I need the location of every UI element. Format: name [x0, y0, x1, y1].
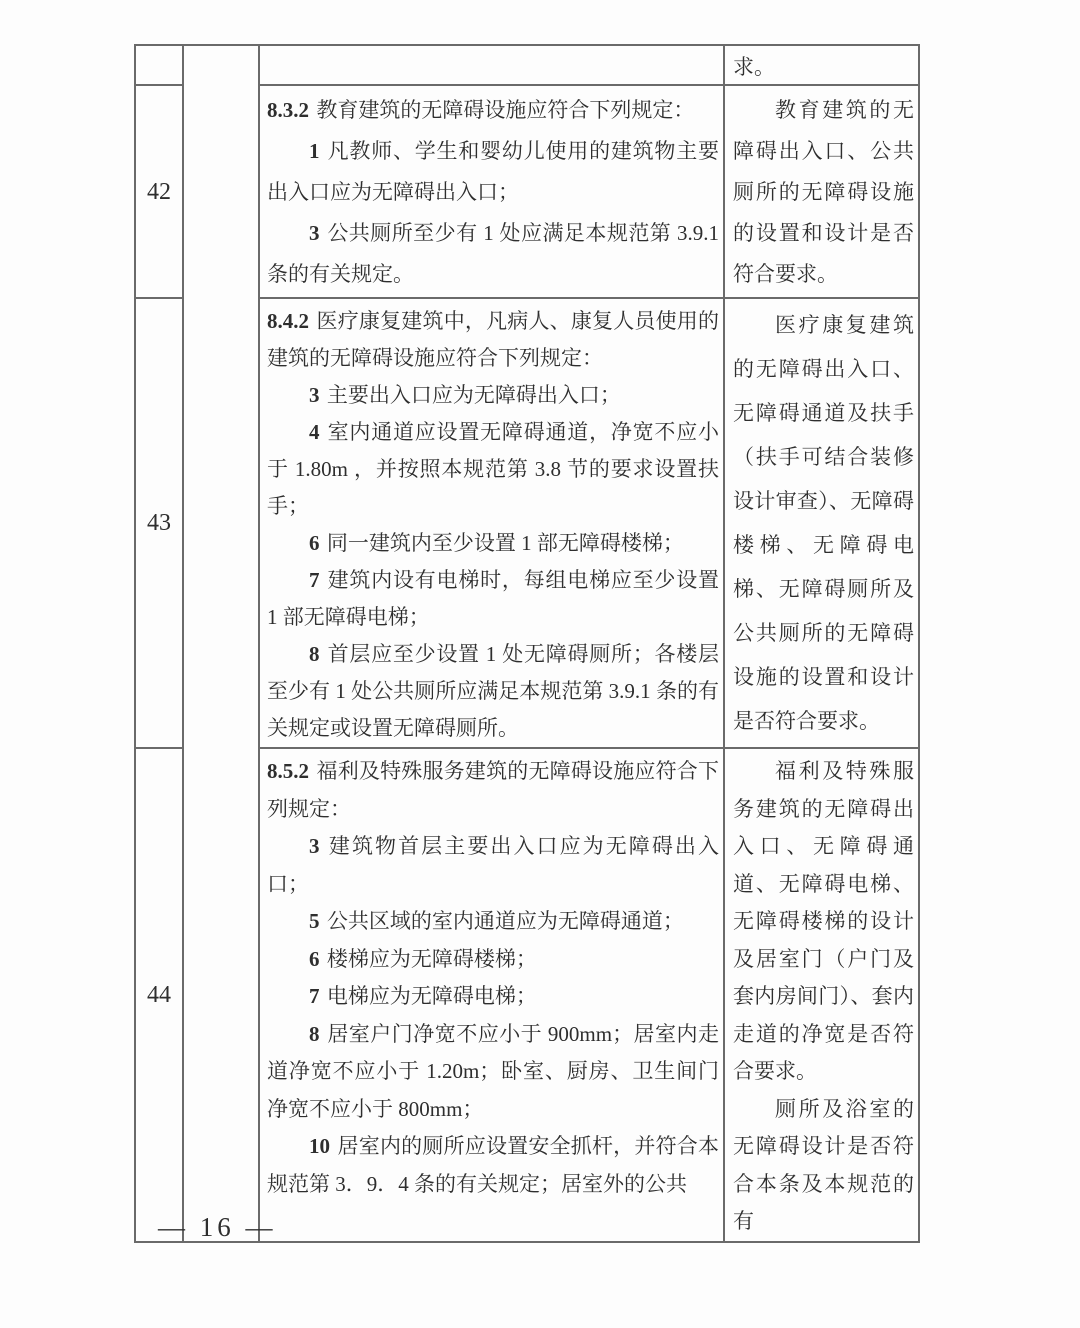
clause-item-number: 8 [309, 642, 320, 666]
review-cell: 求。 [724, 45, 919, 85]
review-paragraph: 医疗康复建筑的无障碍出入口、无障碍通道及扶手（扶手可结合装修设计审查）、无障碍楼… [733, 303, 914, 743]
clause-cell: 8.5.2福利及特殊服务建筑的无障碍设施应符合下列规定：3建筑物首层主要出入口应… [259, 748, 724, 1242]
clause-item-number: 3 [309, 383, 320, 407]
row-number-cell: 43 [135, 298, 183, 748]
clause-paragraph: 8.4.2医疗康复建筑中，凡病人、康复人员使用的建筑的无障碍设施应符合下列规定： [267, 303, 719, 377]
clause-item-number: 10 [309, 1134, 330, 1158]
clause-paragraph: 3主要出入口应为无障碍出入口； [267, 377, 719, 414]
clause-item-number: 8 [309, 1022, 320, 1046]
review-cell: 福利及特殊服务建筑的无障碍出入口、无障碍通道、无障碍电梯、无障碍楼梯的设计及居室… [724, 748, 919, 1242]
review-paragraph: 教育建筑的无障碍出入口、公共厕所的无障碍设施的设置和设计是否符合要求。 [733, 90, 914, 295]
clause-paragraph: 8.5.2福利及特殊服务建筑的无障碍设施应符合下列规定： [267, 753, 719, 828]
clause-paragraph: 8.3.2教育建筑的无障碍设施应符合下列规定： [267, 90, 719, 131]
clause-paragraph: 3公共厕所至少有 1 处应满足本规范第 3.9.1 条的有关规定。 [267, 213, 719, 295]
review-cell: 教育建筑的无障碍出入口、公共厕所的无障碍设施的设置和设计是否符合要求。 [724, 85, 919, 298]
clause-paragraph: 7建筑内设有电梯时，每组电梯应至少设置 1 部无障碍电梯； [267, 562, 719, 636]
clause-cell: 8.4.2医疗康复建筑中，凡病人、康复人员使用的建筑的无障碍设施应符合下列规定：… [259, 298, 724, 748]
clause-paragraph: 3建筑物首层主要出入口应为无障碍出入口； [267, 828, 719, 903]
clause-paragraph: 6楼梯应为无障碍楼梯； [267, 941, 719, 979]
clause-item-number: 1 [309, 139, 320, 163]
clause-paragraph: 6同一建筑内至少设置 1 部无障碍楼梯； [267, 525, 719, 562]
clause-item-number: 8.4.2 [267, 309, 309, 333]
review-paragraph: 求。 [733, 50, 914, 84]
spacer-column-cell [183, 45, 259, 1242]
review-paragraph: 福利及特殊服务建筑的无障碍出入口、无障碍通道、无障碍电梯、无障碍楼梯的设计及居室… [733, 753, 914, 1091]
carryover-row: 求。 [135, 45, 919, 85]
clause-item-number: 3 [309, 221, 320, 245]
clause-paragraph: 7电梯应为无障碍电梯； [267, 978, 719, 1016]
clause-item-number: 6 [309, 947, 320, 971]
clause-item-number: 8.3.2 [267, 98, 309, 122]
page-number: — 16 — [158, 1212, 277, 1243]
row-number-cell [135, 45, 183, 85]
clause-item-number: 3 [309, 834, 320, 858]
document-page: 求。 428.3.2教育建筑的无障碍设施应符合下列规定：1凡教师、学生和婴幼儿使… [0, 0, 1080, 1328]
clause-paragraph: 4室内通道应设置无障碍通道，净宽不应小于 1.80m ，并按照本规范第 3.8 … [267, 414, 719, 525]
clause-paragraph: 5公共区域的室内通道应为无障碍通道； [267, 903, 719, 941]
review-paragraph: 厕所及浴室的无障碍设计是否符合本条及本规范的有 [733, 1091, 914, 1241]
row-number-cell: 44 [135, 748, 183, 1242]
clause-item-number: 7 [309, 984, 320, 1008]
clause-paragraph: 8首层应至少设置 1 处无障碍厕所；各楼层至少有 1 处公共厕所应满足本规范第 … [267, 636, 719, 747]
clause-item-number: 6 [309, 531, 320, 555]
clause-paragraph: 8居室户门净宽不应小于 900mm；居室内走道净宽不应小于 1.20m；卧室、厨… [267, 1016, 719, 1129]
review-requirements-table: 求。 428.3.2教育建筑的无障碍设施应符合下列规定：1凡教师、学生和婴幼儿使… [134, 44, 920, 1243]
clause-item-number: 5 [309, 909, 320, 933]
table-body: 求。 428.3.2教育建筑的无障碍设施应符合下列规定：1凡教师、学生和婴幼儿使… [135, 45, 919, 1242]
review-cell: 医疗康复建筑的无障碍出入口、无障碍通道及扶手（扶手可结合装修设计审查）、无障碍楼… [724, 298, 919, 748]
clause-paragraph: 1凡教师、学生和婴幼儿使用的建筑物主要出入口应为无障碍出入口； [267, 131, 719, 213]
clause-cell [259, 45, 724, 85]
clause-cell: 8.3.2教育建筑的无障碍设施应符合下列规定：1凡教师、学生和婴幼儿使用的建筑物… [259, 85, 724, 298]
clause-paragraph: 10居室内的厕所应设置安全抓杆，并符合本规范第 3．9．4 条的有关规定；居室外… [267, 1128, 719, 1203]
row-number-cell: 42 [135, 85, 183, 298]
clause-item-number: 7 [309, 568, 320, 592]
clause-item-number: 8.5.2 [267, 759, 309, 783]
clause-item-number: 4 [309, 420, 320, 444]
